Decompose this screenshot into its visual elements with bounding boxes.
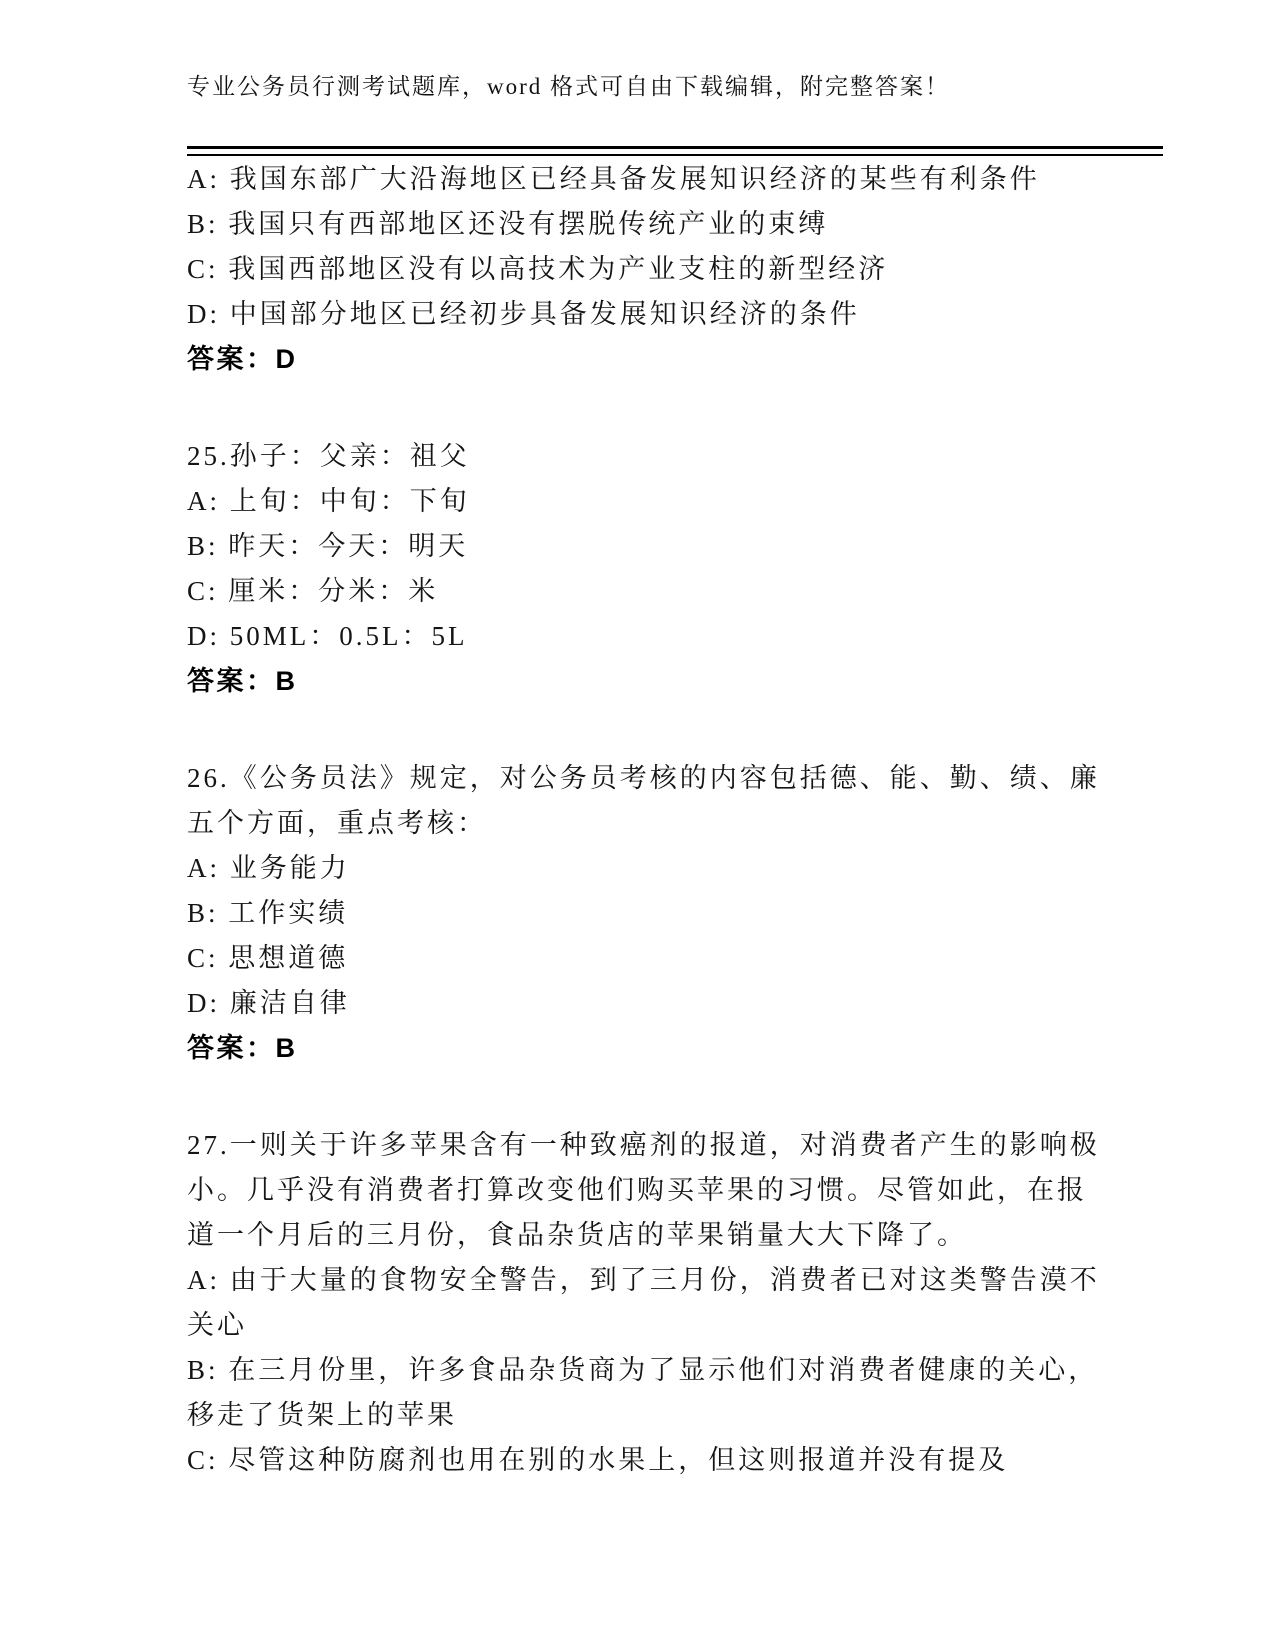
question-stem: 25.孙子：父亲：祖父 (187, 434, 1147, 479)
option-line: D: 廉洁自律 (187, 981, 1147, 1026)
question-stem-continued: 道一个月后的三月份，食品杂货店的苹果销量大大下降了。 (187, 1213, 1147, 1258)
option-line: C: 厘米：分米：米 (187, 569, 1147, 614)
question-stem: 27.一则关于许多苹果含有一种致癌剂的报道，对消费者产生的影响极 (187, 1123, 1147, 1168)
option-line: D: 中国部分地区已经初步具备发展知识经济的条件 (187, 292, 1147, 337)
answer-line: 答案：B (187, 1026, 1147, 1071)
option-line: C: 思想道德 (187, 936, 1147, 981)
question-block-26: 26.《公务员法》规定，对公务员考核的内容包括德、能、勤、绩、廉 五个方面，重点… (187, 756, 1147, 1071)
question-stem: 26.《公务员法》规定，对公务员考核的内容包括德、能、勤、绩、廉 (187, 756, 1147, 801)
option-line: A: 上旬：中旬：下旬 (187, 479, 1147, 524)
document-body: A: 我国东部广大沿海地区已经具备发展知识经济的某些有利条件 B: 我国只有西部… (187, 157, 1147, 1483)
option-line: B: 我国只有西部地区还没有摆脱传统产业的束缚 (187, 202, 1147, 247)
option-line: B: 在三月份里，许多食品杂货商为了显示他们对消费者健康的关心， (187, 1348, 1147, 1393)
option-line-continued: 关心 (187, 1303, 1147, 1348)
answer-line: 答案：B (187, 659, 1147, 704)
question-block-25: 25.孙子：父亲：祖父 A: 上旬：中旬：下旬 B: 昨天：今天：明天 C: 厘… (187, 434, 1147, 704)
option-line-continued: 移走了货架上的苹果 (187, 1393, 1147, 1438)
option-line: B: 昨天：今天：明天 (187, 524, 1147, 569)
option-line: B: 工作实绩 (187, 891, 1147, 936)
option-line: C: 尽管这种防腐剂也用在别的水果上，但这则报道并没有提及 (187, 1438, 1147, 1483)
document-page: 专业公务员行测考试题库，word 格式可自由下载编辑，附完整答案！ A: 我国东… (0, 0, 1275, 1650)
option-line: A: 业务能力 (187, 846, 1147, 891)
answer-line: 答案：D (187, 337, 1147, 382)
option-line: A: 我国东部广大沿海地区已经具备发展知识经济的某些有利条件 (187, 157, 1147, 202)
option-line: A: 由于大量的食物安全警告，到了三月份，消费者已对这类警告漠不 (187, 1258, 1147, 1303)
question-block-27: 27.一则关于许多苹果含有一种致癌剂的报道，对消费者产生的影响极 小。几乎没有消… (187, 1123, 1147, 1483)
question-stem-continued: 五个方面，重点考核： (187, 801, 1147, 846)
option-line: C: 我国西部地区没有以高技术为产业支柱的新型经济 (187, 247, 1147, 292)
page-header: 专业公务员行测考试题库，word 格式可自由下载编辑，附完整答案！ (187, 72, 1163, 102)
option-line: D: 50ML：0.5L：5L (187, 614, 1147, 659)
question-stem-continued: 小。几乎没有消费者打算改变他们购买苹果的习惯。尽管如此，在报 (187, 1168, 1147, 1213)
question-block-24: A: 我国东部广大沿海地区已经具备发展知识经济的某些有利条件 B: 我国只有西部… (187, 157, 1147, 382)
header-rule (187, 146, 1163, 156)
